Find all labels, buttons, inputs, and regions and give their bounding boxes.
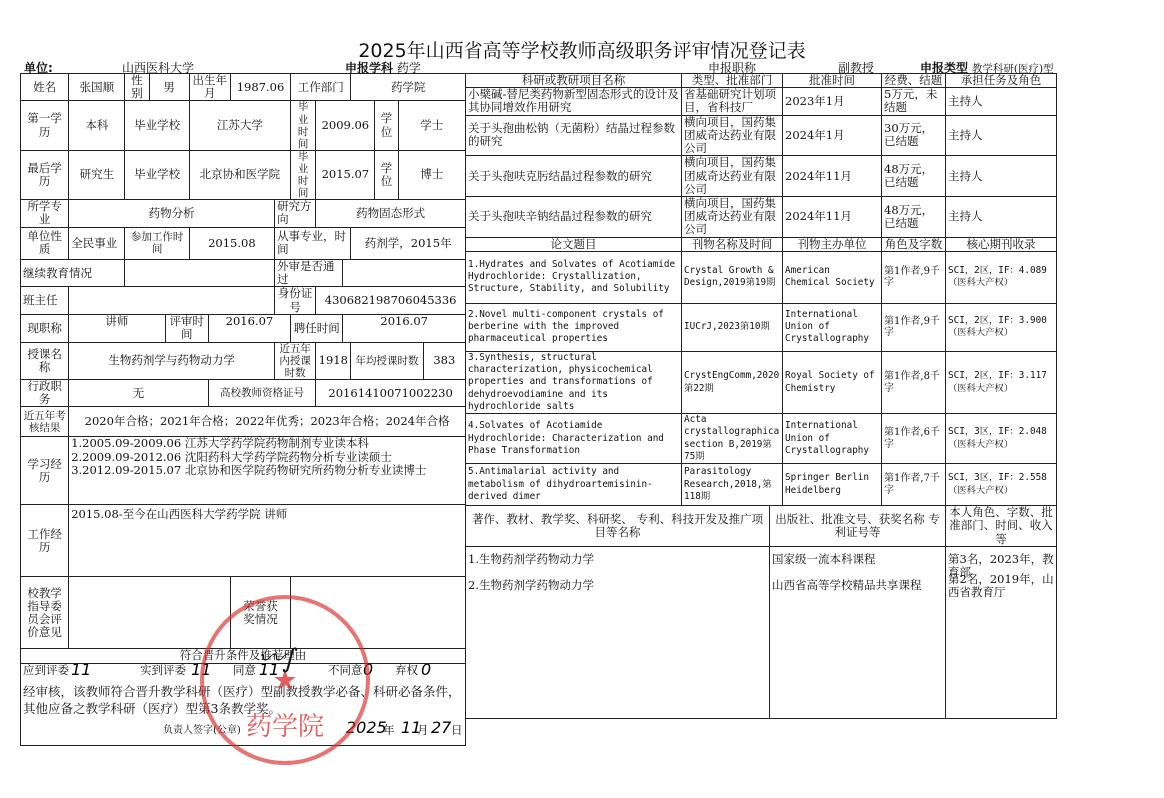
works-header-source: 出版社、批准文号、获奖名称 专利证号等 xyxy=(770,506,946,547)
edu1-label: 第一学历 xyxy=(21,101,69,150)
course-label: 授课名称 xyxy=(21,342,69,379)
grad2-label: 毕业时间 xyxy=(291,150,316,199)
works-role: 第3名，2023年，教育部 xyxy=(948,553,1054,573)
should-attend-value: 11 xyxy=(71,663,91,679)
project-header-type: 类型、批准部门 xyxy=(682,74,783,88)
work-value: 2015.08-至今在山西医科大学药学院 讲师 xyxy=(69,505,466,577)
abstain-value: 0 xyxy=(421,663,431,679)
paper-row: 1.Hydrates and Solvates of Acotiamide Hy… xyxy=(466,251,1057,303)
cont-edu-value xyxy=(125,259,275,286)
should-attend-label: 应到评委 xyxy=(23,664,69,677)
direction-value: 药物固态形式 xyxy=(316,199,466,227)
paper-row: 3.Synthesis, structural characterization… xyxy=(466,351,1057,413)
works-item: 2.生物药剂学药物动力学 xyxy=(468,579,767,592)
gender-value: 男 xyxy=(149,74,189,101)
recommend-body: 应到评委 11 实到评委 11 同意 11 不同意 0 弃权 0 经审核，该教师… xyxy=(21,663,466,745)
hours-avg-label: 年均授课时数 xyxy=(351,342,423,379)
external-value xyxy=(343,259,466,286)
paper-header-role: 角色及字数 xyxy=(882,237,946,251)
committee-value xyxy=(69,577,231,649)
degree2-label: 学位 xyxy=(375,150,398,199)
disagree-label: 不同意 xyxy=(328,664,363,677)
paper-header-index: 核心期刊收录 xyxy=(946,237,1057,251)
project-header-time: 批准时间 xyxy=(783,74,882,88)
sign-label: 负责人签字(公章) xyxy=(163,725,241,737)
works-item: 1.生物药剂学药物动力学 xyxy=(468,553,767,579)
recommend-header: 符合晋升条件及推荐理由 xyxy=(21,649,466,663)
cont-edu-label: 继续教育情况 xyxy=(21,259,125,286)
sign-day: 27 xyxy=(431,719,451,737)
review-time-value: 2016.07 xyxy=(208,314,290,342)
basic-info-table: 姓名 张国顺 性别 男 出生年月 1987.06 工作部门 药学院 第一学历 本… xyxy=(20,73,466,746)
agree-label: 同意 xyxy=(233,664,256,677)
project-row: 关于头孢曲松钠（无菌粉）结晶过程参数的研究 横向项目，国药集团威奇达药业有限公司… xyxy=(466,115,1057,156)
grad1-label: 毕业时间 xyxy=(291,101,316,150)
school2-value: 北京协和医学院 xyxy=(189,150,290,199)
paper-row: 2.Novel multi-component crystals of berb… xyxy=(466,303,1057,351)
current-title-value: 讲师 xyxy=(69,314,165,342)
project-header-name: 科研或教研项目名称 xyxy=(466,74,682,88)
edu2-label: 最后学历 xyxy=(21,150,69,199)
assess-value: 2020年合格；2021年合格；2022年优秀；2023年合格；2024年合格 xyxy=(69,407,466,437)
review-time-label: 评审时间 xyxy=(165,314,208,342)
school1-value: 江苏大学 xyxy=(189,101,290,150)
works-role: 第2名，2019年，山西省教育厅 xyxy=(948,573,1054,599)
recommend-text: 经审核，该教师符合晋升教学科研（医疗）型副教授教学必备、科研必备条件，其他应备之… xyxy=(23,684,463,718)
project-header-role: 承担任务及角色 xyxy=(946,74,1057,88)
name-value: 张国顺 xyxy=(69,74,125,101)
work-start-label: 参加工作时间 xyxy=(125,227,189,259)
edu2-value: 研究生 xyxy=(69,150,125,199)
edu1-value: 本科 xyxy=(69,101,125,150)
unit-nature-label: 单位性质 xyxy=(21,227,69,259)
paper-row: 4.Solvates of Acotiamide Hydrochloride: … xyxy=(466,414,1057,464)
assess-label: 近五年考核结果 xyxy=(21,407,69,437)
project-header-fund: 经费、结题 xyxy=(882,74,946,88)
external-label: 外审是否通过 xyxy=(275,259,343,286)
signature-mark: 〰∫ xyxy=(254,638,301,675)
school2-label: 毕业学校 xyxy=(125,150,189,199)
dept-label: 工作部门 xyxy=(291,74,351,101)
project-row: 关于头孢呋辛钠结晶过程参数的研究 横向项目，国药集团威奇达药业有限公司 2024… xyxy=(466,196,1057,237)
hire-time-value: 2016.07 xyxy=(343,314,466,342)
id-value: 430682198706045336 xyxy=(316,287,466,314)
hours-avg-value: 383 xyxy=(423,342,465,379)
profession-label: 从事专业，时间 xyxy=(275,227,351,259)
study-list: 1.2005.09-2009.06 江苏大学药学院药物制剂专业读本科 2.200… xyxy=(69,437,466,505)
grad2-value: 2015.07 xyxy=(316,150,375,199)
birth-label: 出生年月 xyxy=(189,74,230,101)
birth-value: 1987.06 xyxy=(230,74,290,101)
disagree-value: 0 xyxy=(363,663,373,679)
gender-label: 性别 xyxy=(125,74,149,101)
project-row: 小檗碱-替尼类药物新型固态形式的设计及其协同增效作用研究 省基础研究计划项目，省… xyxy=(466,88,1057,115)
work-label: 工作经历 xyxy=(21,505,69,577)
project-row: 关于头孢呋克肟结晶过程参数的研究 横向项目，国药集团威奇达药业有限公司 2024… xyxy=(466,156,1057,197)
current-title-label: 现职称 xyxy=(21,314,69,342)
school1-label: 毕业学校 xyxy=(125,101,189,150)
degree1-value: 学士 xyxy=(398,101,465,150)
attended-value: 11 xyxy=(191,663,211,679)
paper-header-title: 论文题目 xyxy=(466,237,682,251)
class-teacher-label: 班主任 xyxy=(21,287,69,314)
works-source: 国家级一流本科课程 xyxy=(772,553,943,579)
paper-header-publisher: 刊物主办单位 xyxy=(783,237,882,251)
works-source: 山西省高等学校精品共享课程 xyxy=(772,579,943,592)
major-value: 药物分析 xyxy=(69,199,275,227)
profession-value: 药剂学，2015年 xyxy=(351,227,466,259)
study-item: 2.2009.09-2012.06 沈阳药科大学药学院药物分析专业读硕士 xyxy=(71,451,463,464)
study-label: 学习经历 xyxy=(21,437,69,505)
degree1-label: 学位 xyxy=(375,101,398,150)
paper-row: 5.Antimalarial activity and metabolism o… xyxy=(466,464,1057,506)
hours5-label: 近五年内授课时数 xyxy=(275,342,316,379)
study-item: 1.2005.09-2009.06 江苏大学药学院药物制剂专业读本科 xyxy=(71,437,463,450)
admin-value: 无 xyxy=(69,380,209,407)
works-header-role: 本人角色、字数、批准部门、时间、收入等 xyxy=(946,506,1057,547)
hours5-value: 1918 xyxy=(316,342,351,379)
dept-value: 药学院 xyxy=(351,74,466,101)
paper-header-journal: 刊物名称及时间 xyxy=(682,237,783,251)
cert-value: 20161410071002230 xyxy=(316,380,466,407)
class-teacher-value xyxy=(69,287,275,314)
unit-nature-value: 全民事业 xyxy=(69,227,125,259)
degree2-value: 博士 xyxy=(398,150,465,199)
attended-label: 实到评委 xyxy=(140,664,186,677)
direction-label: 研究方向 xyxy=(275,199,316,227)
works-rows: 1.生物药剂学药物动力学 2.生物药剂学药物动力学 国家级一流本科课程 山西省高… xyxy=(466,546,1057,718)
hire-time-label: 聘任时间 xyxy=(291,314,343,342)
grad1-value: 2009.06 xyxy=(316,101,375,150)
works-header-name: 著作、教材、教学奖、科研奖、 专利、科技开发及推广项目等名称 xyxy=(466,506,770,547)
committee-label: 校教学指导委员会评价意见 xyxy=(21,577,69,649)
course-value: 生物药剂学与药物动力学 xyxy=(69,342,275,379)
work-start-value: 2015.08 xyxy=(189,227,274,259)
major-label: 所学专业 xyxy=(21,199,69,227)
abstain-label: 弃权 xyxy=(395,664,418,677)
id-label: 身份证号 xyxy=(275,287,316,314)
name-label: 姓名 xyxy=(21,74,69,101)
admin-label: 行政职务 xyxy=(21,380,69,407)
sign-year: 2025 xyxy=(346,719,387,737)
study-item: 3.2012.09-2015.07 北京协和医学院药物研究所药物分析专业读博士 xyxy=(71,464,463,477)
cert-label: 高校教师资格证号 xyxy=(208,380,315,407)
achievements-table: 科研或教研项目名称 类型、批准部门 批准时间 经费、结题 承担任务及角色 小檗碱… xyxy=(465,73,1057,719)
honor-value xyxy=(291,577,466,649)
